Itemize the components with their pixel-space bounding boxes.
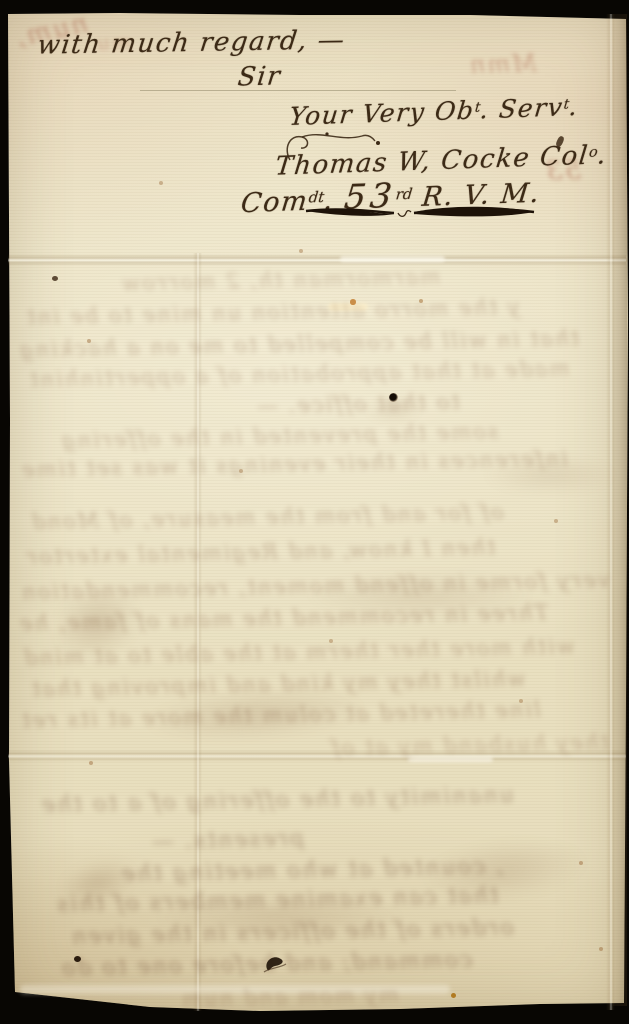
crease-highlight	[340, 256, 445, 262]
ink-spot	[52, 276, 58, 281]
rust-spot	[451, 993, 456, 998]
ink-smudge	[366, 402, 421, 418]
salutation: Sir	[236, 61, 283, 92]
scanned-letter-image: num, mu Mmn 53 marmorman th, 2 morrow y …	[0, 0, 629, 1024]
title-text: Com	[239, 186, 310, 219]
ruled-line	[140, 90, 456, 91]
bleedthrough-line: Mmn	[468, 49, 537, 78]
bleedthrough-line: to that office. —	[255, 390, 460, 418]
bleedthrough-line: my mom and num	[180, 983, 399, 1012]
bleedthrough-line: presents. —	[150, 826, 305, 854]
ink-spot	[74, 956, 81, 962]
signoff-text: . Serv	[479, 93, 565, 125]
paper-speckles	[0, 0, 2, 2]
ink-blot	[260, 952, 292, 980]
ink-smudge	[480, 455, 620, 495]
right-edge-shading	[613, 14, 627, 1006]
ink-smudge	[150, 895, 410, 940]
ink-spot	[389, 393, 398, 402]
underline-flourish	[302, 201, 538, 223]
ink-smudge	[300, 570, 540, 620]
closing-line: with much regard, —	[36, 25, 347, 60]
